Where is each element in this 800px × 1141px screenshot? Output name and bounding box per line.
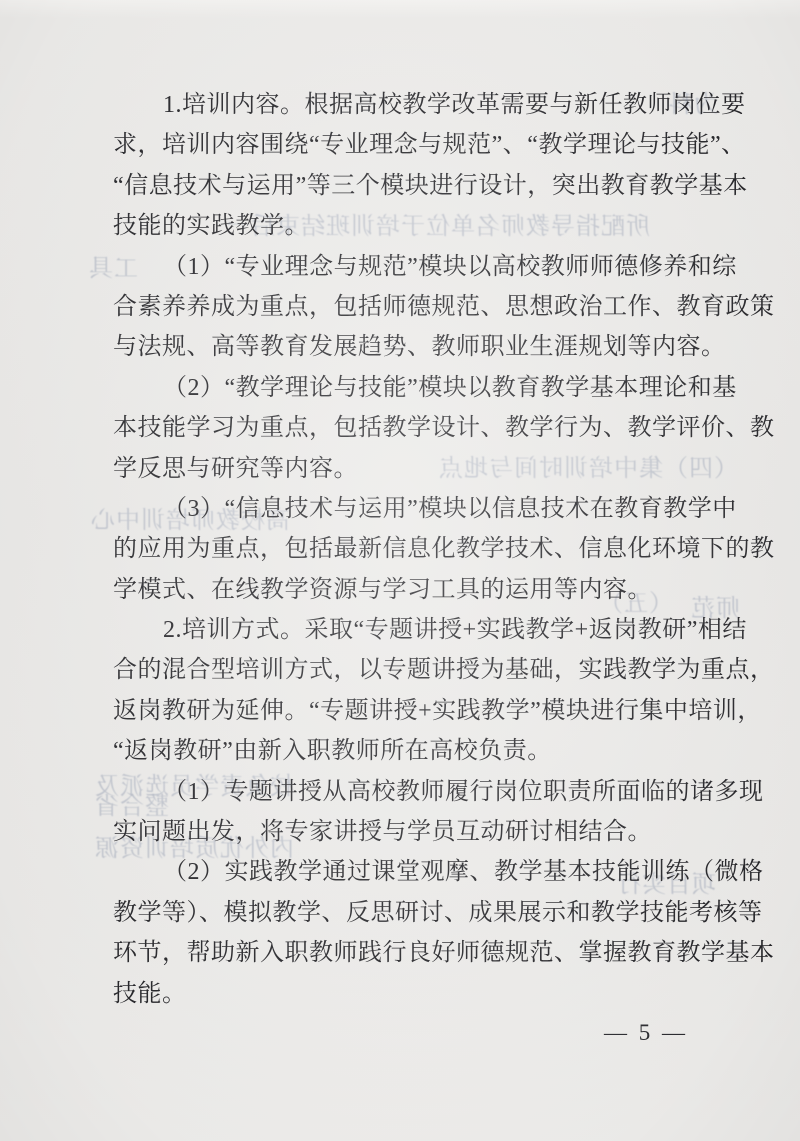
text-line: 合的混合型培训方式，以专题讲授为基础，实践教学为重点， xyxy=(113,650,710,690)
text-line: 1.培训内容。根据高校教学改革需要与新任教师岗位要 xyxy=(113,85,710,125)
text-line: 学反思与研究等内容。 xyxy=(113,449,710,489)
text-line: 实问题出发，将专家讲授与学员互动研讨相结合。 xyxy=(113,812,710,852)
text-line: 技能的实践教学。 xyxy=(113,206,710,246)
text-line: 学模式、在线教学资源与学习工具的运用等内容。 xyxy=(113,570,710,610)
text-line: 环节，帮助新入职教师践行良好师德规范、掌握教育教学基本 xyxy=(113,933,710,973)
text-line: （1）“专业理念与规范”模块以高校教师师德修养和综 xyxy=(113,247,710,287)
document-body: 1.培训内容。根据高校教学改革需要与新任教师岗位要 求，培训内容围绕“专业理念与… xyxy=(113,85,710,1014)
text-line: 与法规、高等教育发展趋势、教师职业生涯规划等内容。 xyxy=(113,327,710,367)
text-line: 本技能学习为重点，包括教学设计、教学行为、教学评价、教 xyxy=(113,408,710,448)
text-line: （2）“教学理论与技能”模块以教育教学基本理论和基 xyxy=(113,368,710,408)
text-line: （2）实践教学通过课堂观摩、教学基本技能训练（微格 xyxy=(113,852,710,892)
page-number: — 5 — xyxy=(604,1020,688,1046)
text-line: 合素养养成为重点，包括师德规范、思想政治工作、教育政策 xyxy=(113,287,710,327)
text-line: 2.培训方式。采取“专题讲授+实践教学+返岗教研”相结 xyxy=(113,610,710,650)
text-line: 教学等）、模拟教学、反思研讨、成果展示和教学技能考核等 xyxy=(113,893,710,933)
document-page: 为科 所配指导教师名单位于培训班结束后一 工具 （四）集中培训时间与地点 高校教… xyxy=(0,0,800,1141)
text-line: 返岗教研为延伸。“专题讲授+实践教学”模块进行集中培训， xyxy=(113,691,710,731)
text-line: （1）专题讲授从高校教师履行岗位职责所面临的诸多现 xyxy=(113,772,710,812)
text-line: 技能。 xyxy=(113,974,710,1014)
text-line: 的应用为重点，包括最新信息化教学技术、信息化环境下的教 xyxy=(113,529,710,569)
text-line: “返岗教研”由新入职教师所在高校负责。 xyxy=(113,731,710,771)
text-line: “信息技术与运用”等三个模块进行设计，突出教育教学基本 xyxy=(113,166,710,206)
text-line: 求，培训内容围绕“专业理念与规范”、“教学理论与技能”、 xyxy=(113,125,710,165)
text-line: （3）“信息技术与运用”模块以信息技术在教育教学中 xyxy=(113,489,710,529)
